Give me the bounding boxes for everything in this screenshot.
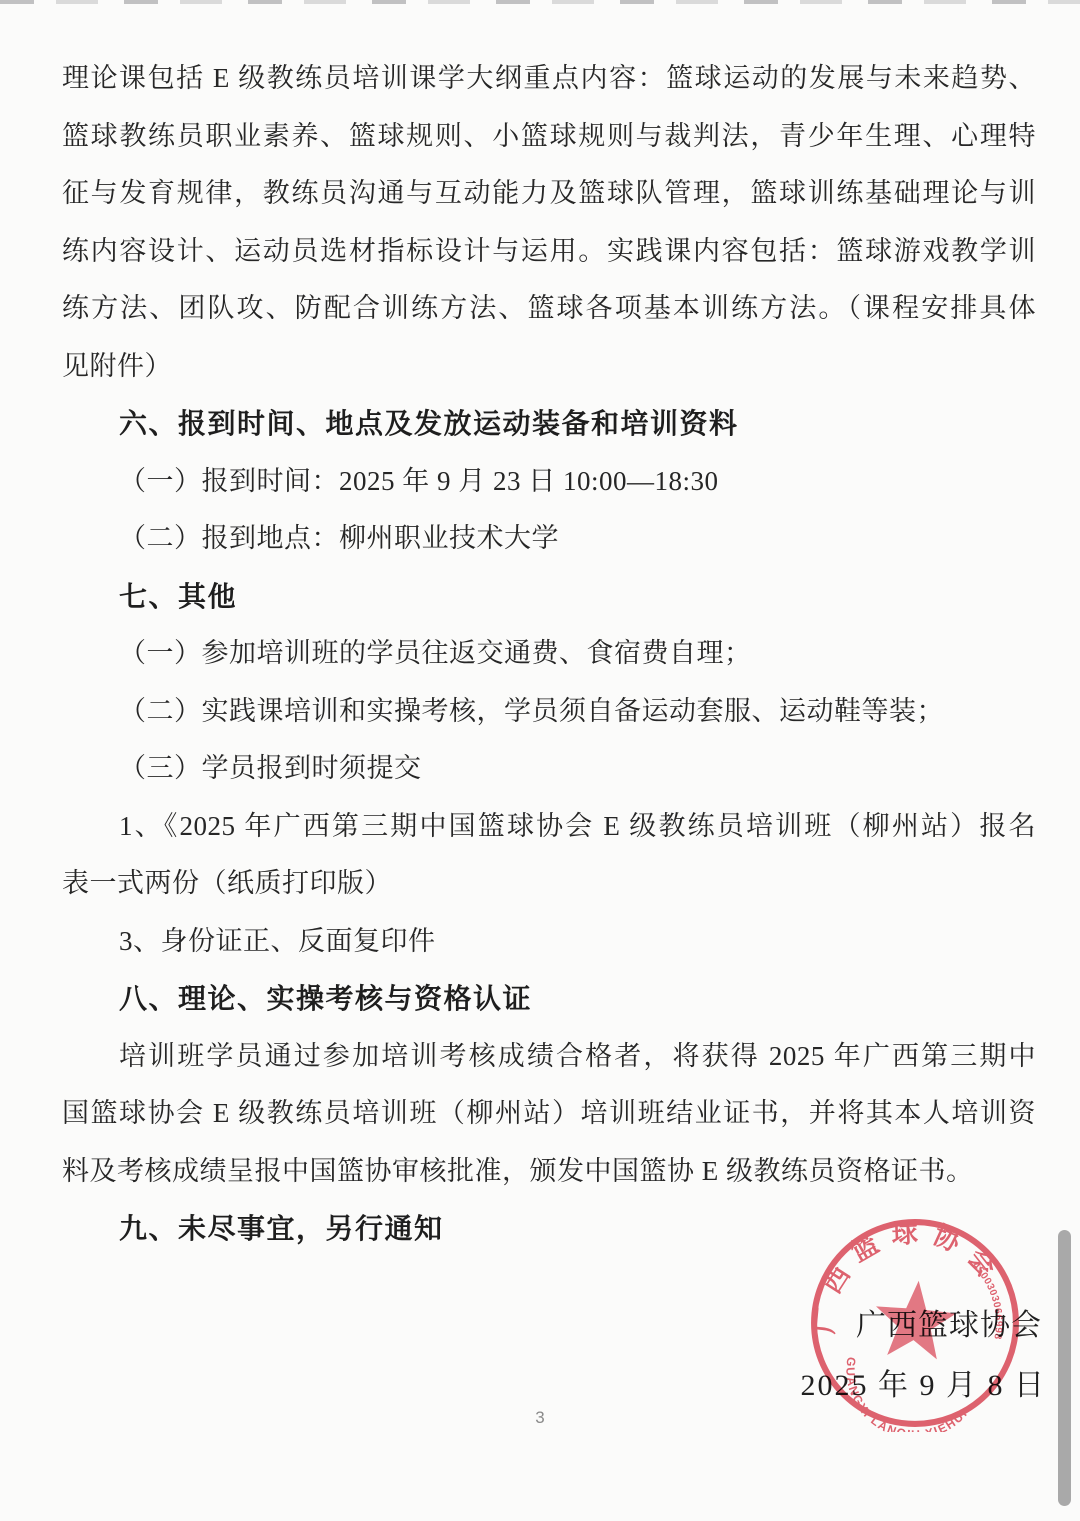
body-line: 国篮球协会 E 级教练员培训班（柳州站）培训班结业证书，并将其本人培训资 (62, 1085, 1036, 1143)
other-item-line: （二）实践课培训和实操考核，学员须自备运动套服、运动鞋等装； (62, 683, 1036, 741)
body-line: 练方法、团队攻、防配合训练方法、篮球各项基本训练方法。（课程安排具体 (62, 280, 1036, 338)
official-seal-stamp: 广西篮球协会 4500303066998 GUANGXI LANQIU XIEH… (808, 1214, 1022, 1432)
body-line: 练内容设计、运动员选材指标设计与运用。实践课内容包括：篮球游戏教学训 (62, 223, 1036, 281)
submit-item-line: 3、身份证正、反面复印件 (62, 913, 1036, 971)
body-line: 征与发育规律，教练员沟通与互动能力及篮球队管理，篮球训练基础理论与训 (62, 165, 1036, 223)
submit-item-line: 表一式两份（纸质打印版） (62, 855, 1036, 913)
other-item-line: （三）学员报到时须提交 (62, 740, 1036, 798)
body-line: 理论课包括 E 级教练员培训课学大纲重点内容：篮球运动的发展与未来趋势、 (62, 50, 1036, 108)
section-heading-seven: 七、其他 (62, 568, 1036, 626)
seal-star-icon (872, 1277, 959, 1360)
body-line: 篮球教练员职业素养、篮球规则、小篮球规则与裁判法，青少年生理、心理特 (62, 108, 1036, 166)
scrollbar-thumb[interactable] (1058, 1230, 1071, 1506)
section-heading-eight: 八、理论、实操考核与资格认证 (62, 970, 1036, 1028)
document-body: 理论课包括 E 级教练员培训课学大纲重点内容：篮球运动的发展与未来趋势、 篮球教… (62, 50, 1036, 1258)
registration-time-line: （一）报到时间：2025 年 9 月 23 日 10:00—18:30 (62, 453, 1036, 511)
section-heading-six: 六、报到时间、地点及发放运动装备和培训资料 (62, 395, 1036, 453)
registration-place-line: （二）报到地点：柳州职业技术大学 (62, 510, 1036, 568)
submit-item-line: 1、《2025 年广西第三期中国篮球协会 E 级教练员培训班（柳州站）报名 (62, 798, 1036, 856)
body-line: 料及考核成绩呈报中国篮协审核批准，颁发中国篮协 E 级教练员资格证书。 (62, 1143, 1036, 1201)
scan-artifact-top (0, 0, 1080, 4)
body-line: 见附件） (62, 338, 1036, 396)
body-line: 培训班学员通过参加培训考核成绩合格者，将获得 2025 年广西第三期中 (62, 1028, 1036, 1086)
other-item-line: （一）参加培训班的学员往返交通费、食宿费自理； (62, 625, 1036, 683)
